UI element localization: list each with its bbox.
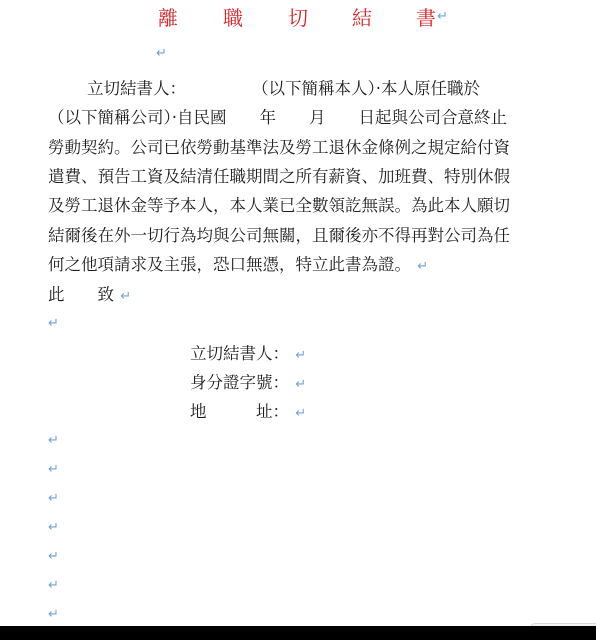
body-text: 何之他項請求及主張，恐口無憑，特立此書為證。 bbox=[48, 255, 411, 274]
closing-text: 此 致 bbox=[48, 285, 114, 304]
signature-label: 立切結書人： bbox=[190, 344, 289, 363]
document-page: 離 職 切 結 書 ↵ ↵ 立切結書人： （以下簡稱本人）‧本人原任職於 （以下… bbox=[0, 0, 596, 626]
paragraph-mark-icon: ↵ bbox=[48, 316, 59, 332]
body-line: 遣費、預告工資及結清任職期間之所有薪資、加班費、特別休假 bbox=[48, 166, 510, 188]
body-text: 勞動契約。公司已依勞動基準法及勞工退休金條例之規定給付資 bbox=[48, 138, 510, 157]
paragraph-mark-icon: ↵ bbox=[48, 578, 59, 594]
body-line: （以下簡稱公司）‧自民國 年 月 日起與公司合意終止 bbox=[48, 107, 507, 129]
title-char: 結 bbox=[352, 4, 372, 32]
body-line: 何之他項請求及主張，恐口無憑，特立此書為證。 ↵ bbox=[48, 254, 428, 278]
paragraph-mark-icon: ↵ bbox=[437, 9, 448, 24]
body-line: 立切結書人： （以下簡稱本人）‧本人原任職於 bbox=[87, 78, 480, 100]
body-text: （以下簡稱公司）‧自民國 年 月 日起與公司合意終止 bbox=[48, 108, 507, 127]
body-text: 立切結書人： （以下簡稱本人）‧本人原任職於 bbox=[87, 79, 480, 98]
signature-field-signer: 立切結書人： ↵ bbox=[190, 343, 306, 367]
bottom-bar bbox=[0, 626, 596, 640]
paragraph-mark-icon: ↵ bbox=[48, 491, 59, 507]
body-line: 及勞工退休金等予本人，本人業已全數領訖無誤。為此本人願切 bbox=[48, 195, 510, 217]
paragraph-mark-icon: ↵ bbox=[156, 46, 167, 62]
signature-label: 地 址： bbox=[190, 402, 289, 421]
body-line: 結爾後在外一切行為均與公司無關，且爾後亦不得再對公司為任 bbox=[48, 225, 510, 247]
title-char: 職 bbox=[223, 4, 243, 32]
closing-line: 此 致 ↵ bbox=[48, 284, 131, 308]
title-char: 離 bbox=[158, 4, 178, 32]
body-text: 遣費、預告工資及結清任職期間之所有薪資、加班費、特別休假 bbox=[48, 167, 510, 186]
signature-field-address: 地 址： ↵ bbox=[190, 401, 306, 425]
title-char: 切 bbox=[288, 4, 308, 32]
paragraph-mark-icon: ↵ bbox=[48, 462, 59, 478]
signature-label: 身分證字號： bbox=[190, 373, 289, 392]
body-text: 及勞工退休金等予本人，本人業已全數領訖無誤。為此本人願切 bbox=[48, 196, 510, 215]
paragraph-mark-icon: ↵ bbox=[48, 607, 59, 623]
paragraph-mark-icon: ↵ bbox=[48, 549, 59, 565]
title-char: 書 bbox=[416, 4, 436, 32]
signature-field-id-number: 身分證字號： ↵ bbox=[190, 372, 306, 396]
body-text: 結爾後在外一切行為均與公司無關，且爾後亦不得再對公司為任 bbox=[48, 226, 510, 245]
paragraph-mark-icon: ↵ bbox=[295, 377, 306, 392]
body-line: 勞動契約。公司已依勞動基準法及勞工退休金條例之規定給付資 bbox=[48, 137, 510, 159]
document-title: 離 職 切 結 書 ↵ bbox=[0, 4, 596, 32]
paragraph-mark-icon: ↵ bbox=[120, 289, 131, 304]
paragraph-mark-icon: ↵ bbox=[48, 520, 59, 536]
paragraph-mark-icon: ↵ bbox=[417, 259, 428, 274]
paragraph-mark-icon: ↵ bbox=[48, 433, 59, 449]
paragraph-mark-icon: ↵ bbox=[295, 348, 306, 363]
paragraph-mark-icon: ↵ bbox=[295, 406, 306, 421]
